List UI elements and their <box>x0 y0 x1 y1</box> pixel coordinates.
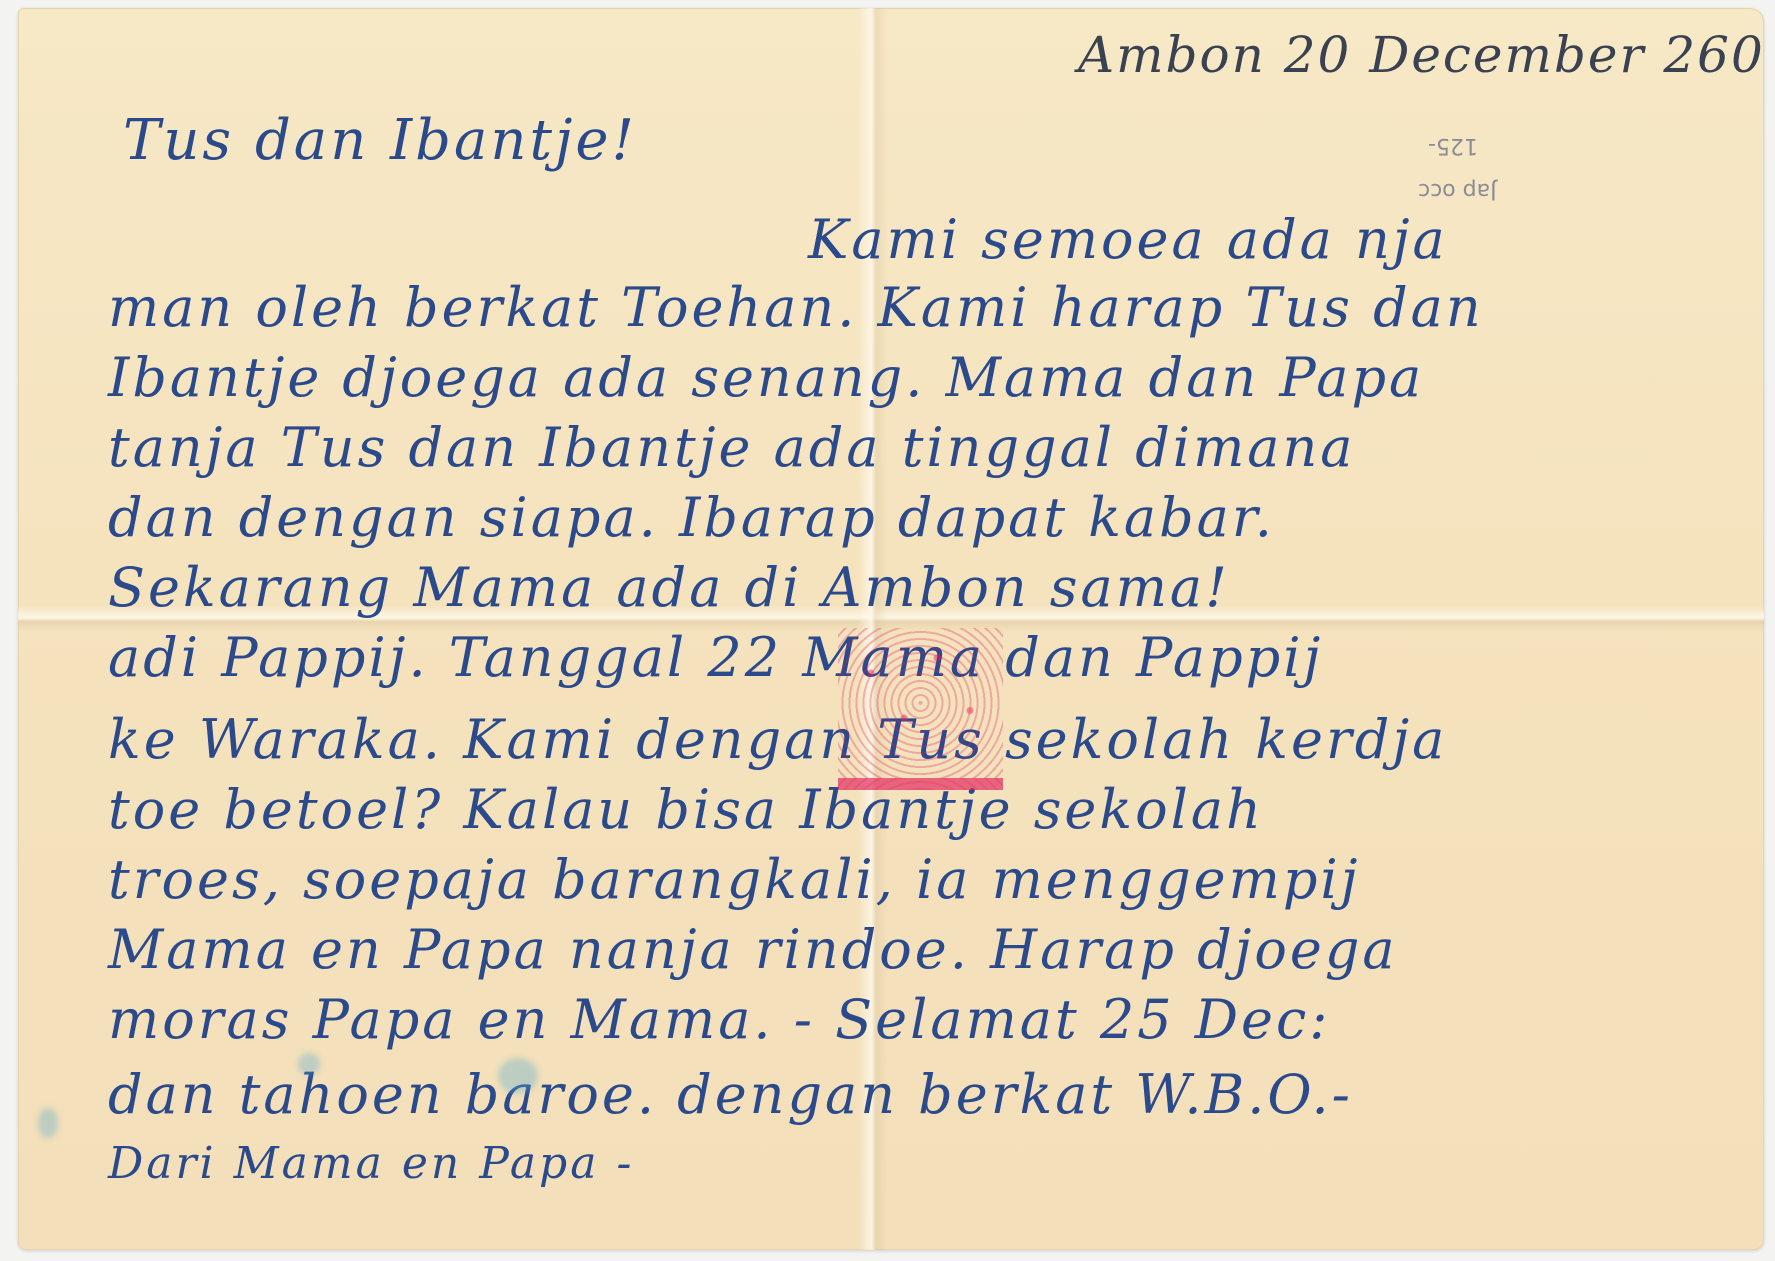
letter-line: Ibantje djoega ada senang. Mama dan Papa <box>108 346 1424 409</box>
letter-line: moras Papa en Mama. - Selamat 25 Dec: <box>108 988 1330 1051</box>
letter-line: Mama en Papa nanja rindoe. Harap djoega <box>108 918 1398 981</box>
ink-blot <box>298 1053 320 1075</box>
letter-line: dan dengan siapa. Ibarap dapat kabar. <box>108 486 1275 549</box>
salutation: Tus dan Ibantje! <box>123 108 637 173</box>
letter-line: man oleh berkat Toehan. Kami harap Tus d… <box>108 276 1484 339</box>
pencil-note-occupation: Jap occ <box>1418 178 1497 203</box>
scanned-page: Ambon 20 December 2602 125- Jap occ Tus … <box>0 0 1775 1261</box>
ink-blot <box>498 1058 538 1094</box>
pencil-note-number: 125- <box>1428 133 1478 158</box>
signature-line: Dari Mama en Papa - <box>108 1138 634 1189</box>
letter-line: ke Waraka. Kami dengan Tus sekolah kerdj… <box>108 708 1447 771</box>
letter-line: Kami semoea ada nja <box>808 208 1448 271</box>
place-and-date: Ambon 20 December 2602 <box>1078 26 1764 84</box>
letter-line: dan tahoen baroe. dengan berkat W.B.O.- <box>108 1063 1353 1126</box>
red-ink-stamp <box>838 628 1003 790</box>
letter-line: tanja Tus dan Ibantje ada tinggal dimana <box>108 416 1355 479</box>
letter-line: Sekarang Mama ada di Ambon sama! <box>108 556 1230 619</box>
postcard: Ambon 20 December 2602 125- Jap occ Tus … <box>18 8 1764 1250</box>
letter-line: troes, soepaja barangkali, ia menggempij <box>108 848 1360 911</box>
letter-line: toe betoel? Kalau bisa Ibantje sekolah <box>108 778 1264 841</box>
ink-blot <box>38 1108 58 1138</box>
letter-line: adi Pappij. Tanggal 22 Mama dan Pappij <box>108 626 1323 689</box>
